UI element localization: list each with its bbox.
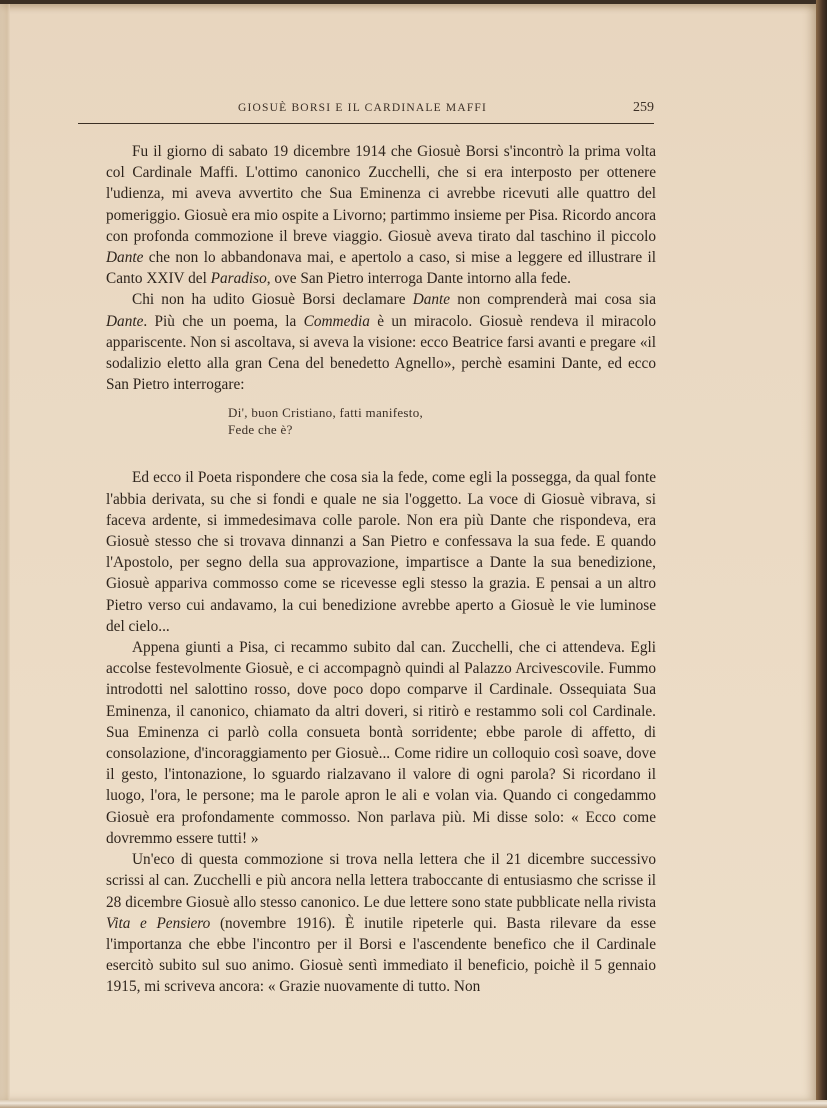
paragraph-1: Fu il giorno di sabato 19 dicembre 1914 …: [106, 141, 656, 289]
paragraph-3: Ed ecco il Poeta rispondere che cosa sia…: [106, 467, 656, 637]
running-title: GIOSUÈ BORSI E IL CARDINALE MAFFI: [238, 102, 487, 114]
body-text: Fu il giorno di sabato 19 dicembre 1914 …: [106, 141, 656, 998]
page-left-edge: [0, 4, 10, 1108]
page-bottom-edge: [0, 1100, 827, 1108]
running-header: GIOSUÈ BORSI E IL CARDINALE MAFFI 259: [108, 100, 654, 116]
italic-title: Dante: [413, 291, 450, 308]
page-right-edge: [816, 0, 827, 1108]
verse-line: Di', buon Cristiano, fatti manifesto,: [228, 404, 656, 421]
verse-quotation: Di', buon Cristiano, fatti manifesto, Fe…: [228, 404, 656, 438]
italic-title: Vita e Pensiero: [106, 915, 210, 932]
paragraph-2: Chi non ha udito Giosuè Borsi declamare …: [106, 289, 656, 395]
italic-title: Dante: [106, 313, 143, 330]
italic-title: Commedia: [304, 313, 370, 330]
verse-line: Fede che è?: [228, 421, 656, 438]
italic-title: Dante: [106, 249, 143, 266]
spacer: [106, 451, 656, 467]
page-number: 259: [633, 100, 654, 116]
paragraph-4: Appena giunti a Pisa, ci recammo subito …: [106, 637, 656, 849]
italic-title: Paradiso: [211, 270, 267, 287]
book-page: GIOSUÈ BORSI E IL CARDINALE MAFFI 259 Fu…: [0, 4, 816, 1100]
paragraph-5: Un'eco di questa commozione si trova nel…: [106, 849, 656, 997]
header-rule: [78, 123, 654, 124]
